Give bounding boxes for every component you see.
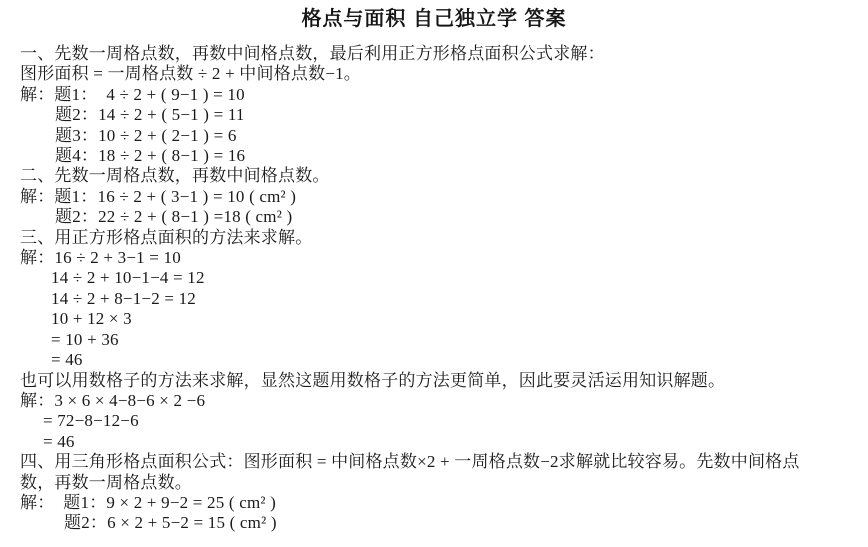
section-3-step-4: 10 + 12 × 3 bbox=[20, 309, 846, 329]
section-3-step-2: 14 ÷ 2 + 10−1−4 = 12 bbox=[20, 268, 846, 288]
section-4-heading-line1: 四、用三角形格点面积公式：图形面积 = 中间格点数×2 + 一周格点数−2求解就… bbox=[20, 452, 846, 472]
section-3-note: 也可以用数格子的方法来求解，显然这题用数格子的方法更简单，因此要灵活运用知识解题… bbox=[20, 371, 846, 391]
section-2-solution-q2: 题2：22 ÷ 2 + ( 8−1 ) =18 ( cm² ) bbox=[20, 207, 846, 227]
section-3-step-5: = 10 + 36 bbox=[20, 330, 846, 350]
section-3-heading: 三、用正方形格点面积的方法来求解。 bbox=[20, 228, 846, 248]
section-1-solution-q4: 题4：18 ÷ 2 + ( 8−1 ) = 16 bbox=[20, 146, 846, 166]
section-1-solution-q3: 题3：10 ÷ 2 + ( 2−1 ) = 6 bbox=[20, 126, 846, 146]
section-2-heading: 二、先数一周格点数，再数中间格点数。 bbox=[20, 166, 846, 186]
section-3-step-3: 14 ÷ 2 + 8−1−2 = 12 bbox=[20, 289, 846, 309]
section-2-solution-q1: 解：题1：16 ÷ 2 + ( 3−1 ) = 10 ( cm² ) bbox=[20, 187, 846, 207]
section-1-heading: 一、先数一周格点数，再数中间格点数，最后利用正方形格点面积公式求解： bbox=[20, 44, 846, 64]
section-4-solution-q1: 解： 题1：9 × 2 + 9−2 = 25 ( cm² ) bbox=[20, 493, 846, 513]
section-4-heading-line2: 数，再数一周格点数。 bbox=[20, 473, 846, 493]
section-3-alt-step-2: = 72−8−12−6 bbox=[20, 411, 846, 431]
document-page: 格点与面积 自己独立学 答案 一、先数一周格点数，再数中间格点数，最后利用正方形… bbox=[0, 0, 868, 547]
section-1-formula: 图形面积 = 一周格点数 ÷ 2 + 中间格点数−1。 bbox=[20, 64, 846, 84]
section-1-solution-q1: 解：题1： 4 ÷ 2 + ( 9−1 ) = 10 bbox=[20, 85, 846, 105]
section-1-solution-q2: 题2：14 ÷ 2 + ( 5−1 ) = 11 bbox=[20, 105, 846, 125]
section-3-step-6: = 46 bbox=[20, 350, 846, 370]
section-3-step-1: 解：16 ÷ 2 + 3−1 = 10 bbox=[20, 248, 846, 268]
page-title: 格点与面积 自己独立学 答案 bbox=[0, 7, 868, 31]
answer-body: 一、先数一周格点数，再数中间格点数，最后利用正方形格点面积公式求解： 图形面积 … bbox=[0, 44, 868, 534]
section-4-solution-q2: 题2：6 × 2 + 5−2 = 15 ( cm² ) bbox=[20, 513, 846, 533]
section-3-alt-step-3: = 46 bbox=[20, 432, 846, 452]
section-3-alt-step-1: 解：3 × 6 × 4−8−6 × 2 −6 bbox=[20, 391, 846, 411]
